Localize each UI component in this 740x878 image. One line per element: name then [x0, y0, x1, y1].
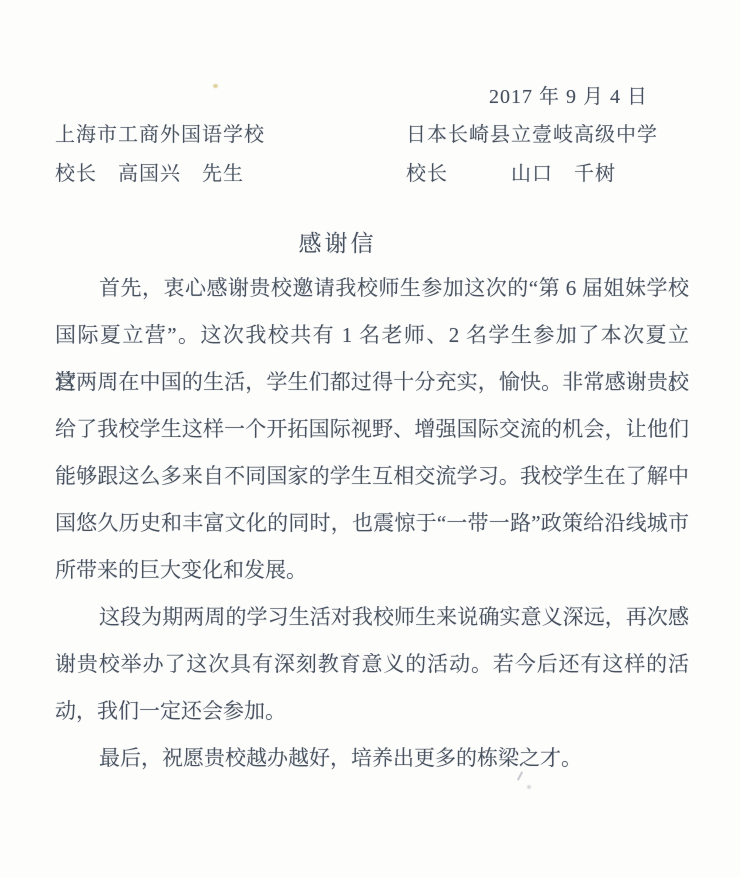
recipient-principal-line: 校长 高国兴 先生: [55, 157, 244, 186]
sender-school-name: 日本长崎县立壹岐高级中学: [406, 118, 658, 147]
letter-line: 这段为期两周的学习生活对我校师生来说确实意义深远，再次感: [55, 594, 689, 641]
scanned-letter-page: 2017 年 9 月 4 日 上海市工商外国语学校 校长 高国兴 先生 日本长崎…: [0, 0, 740, 878]
letter-line: 能够跟这么多来自不同国家的学生互相交流学习。我校学生在了解中: [55, 453, 689, 500]
letter-line: 所带来的巨大变化和发展。: [55, 547, 689, 594]
letter-line: 国悠久历史和丰富文化的同时，也震惊于“一带一路”政策给沿线城市: [55, 500, 689, 547]
letter-date: 2017 年 9 月 4 日: [0, 80, 648, 109]
letter-line: 谢贵校举办了这次具有深刻教育意义的活动。若今后还有这样的活: [55, 641, 689, 688]
letter-line: 这两周在中国的生活，学生们都过得十分充实，愉快。非常感谢贵校: [55, 359, 689, 406]
scan-speck-artifact: [213, 84, 218, 88]
recipient-school-name: 上海市工商外国语学校: [55, 118, 265, 147]
letter-title: 感谢信: [55, 225, 620, 258]
letter-line: 给了我校学生这样一个开拓国际视野、增强国际交流的机会，让他们: [55, 406, 689, 453]
letter-line: 动，我们一定还会参加。: [55, 688, 689, 735]
sender-principal-line: 校长 山口 千树: [406, 157, 616, 186]
scan-scratch-dot-artifact: [527, 785, 531, 789]
letter-line: 首先，衷心感谢贵校邀请我校师生参加这次的“第 6 届姐妹学校: [55, 265, 689, 312]
letter-body: 首先，衷心感谢贵校邀请我校师生参加这次的“第 6 届姐妹学校国际夏立营”。这次我…: [55, 265, 689, 782]
letter-line: 国际夏立营”。这次我校共有 1 名老师、2 名学生参加了本次夏立营。: [55, 312, 689, 359]
letter-line: 最后，祝愿贵校越办越好，培养出更多的栋梁之才。: [55, 735, 689, 782]
